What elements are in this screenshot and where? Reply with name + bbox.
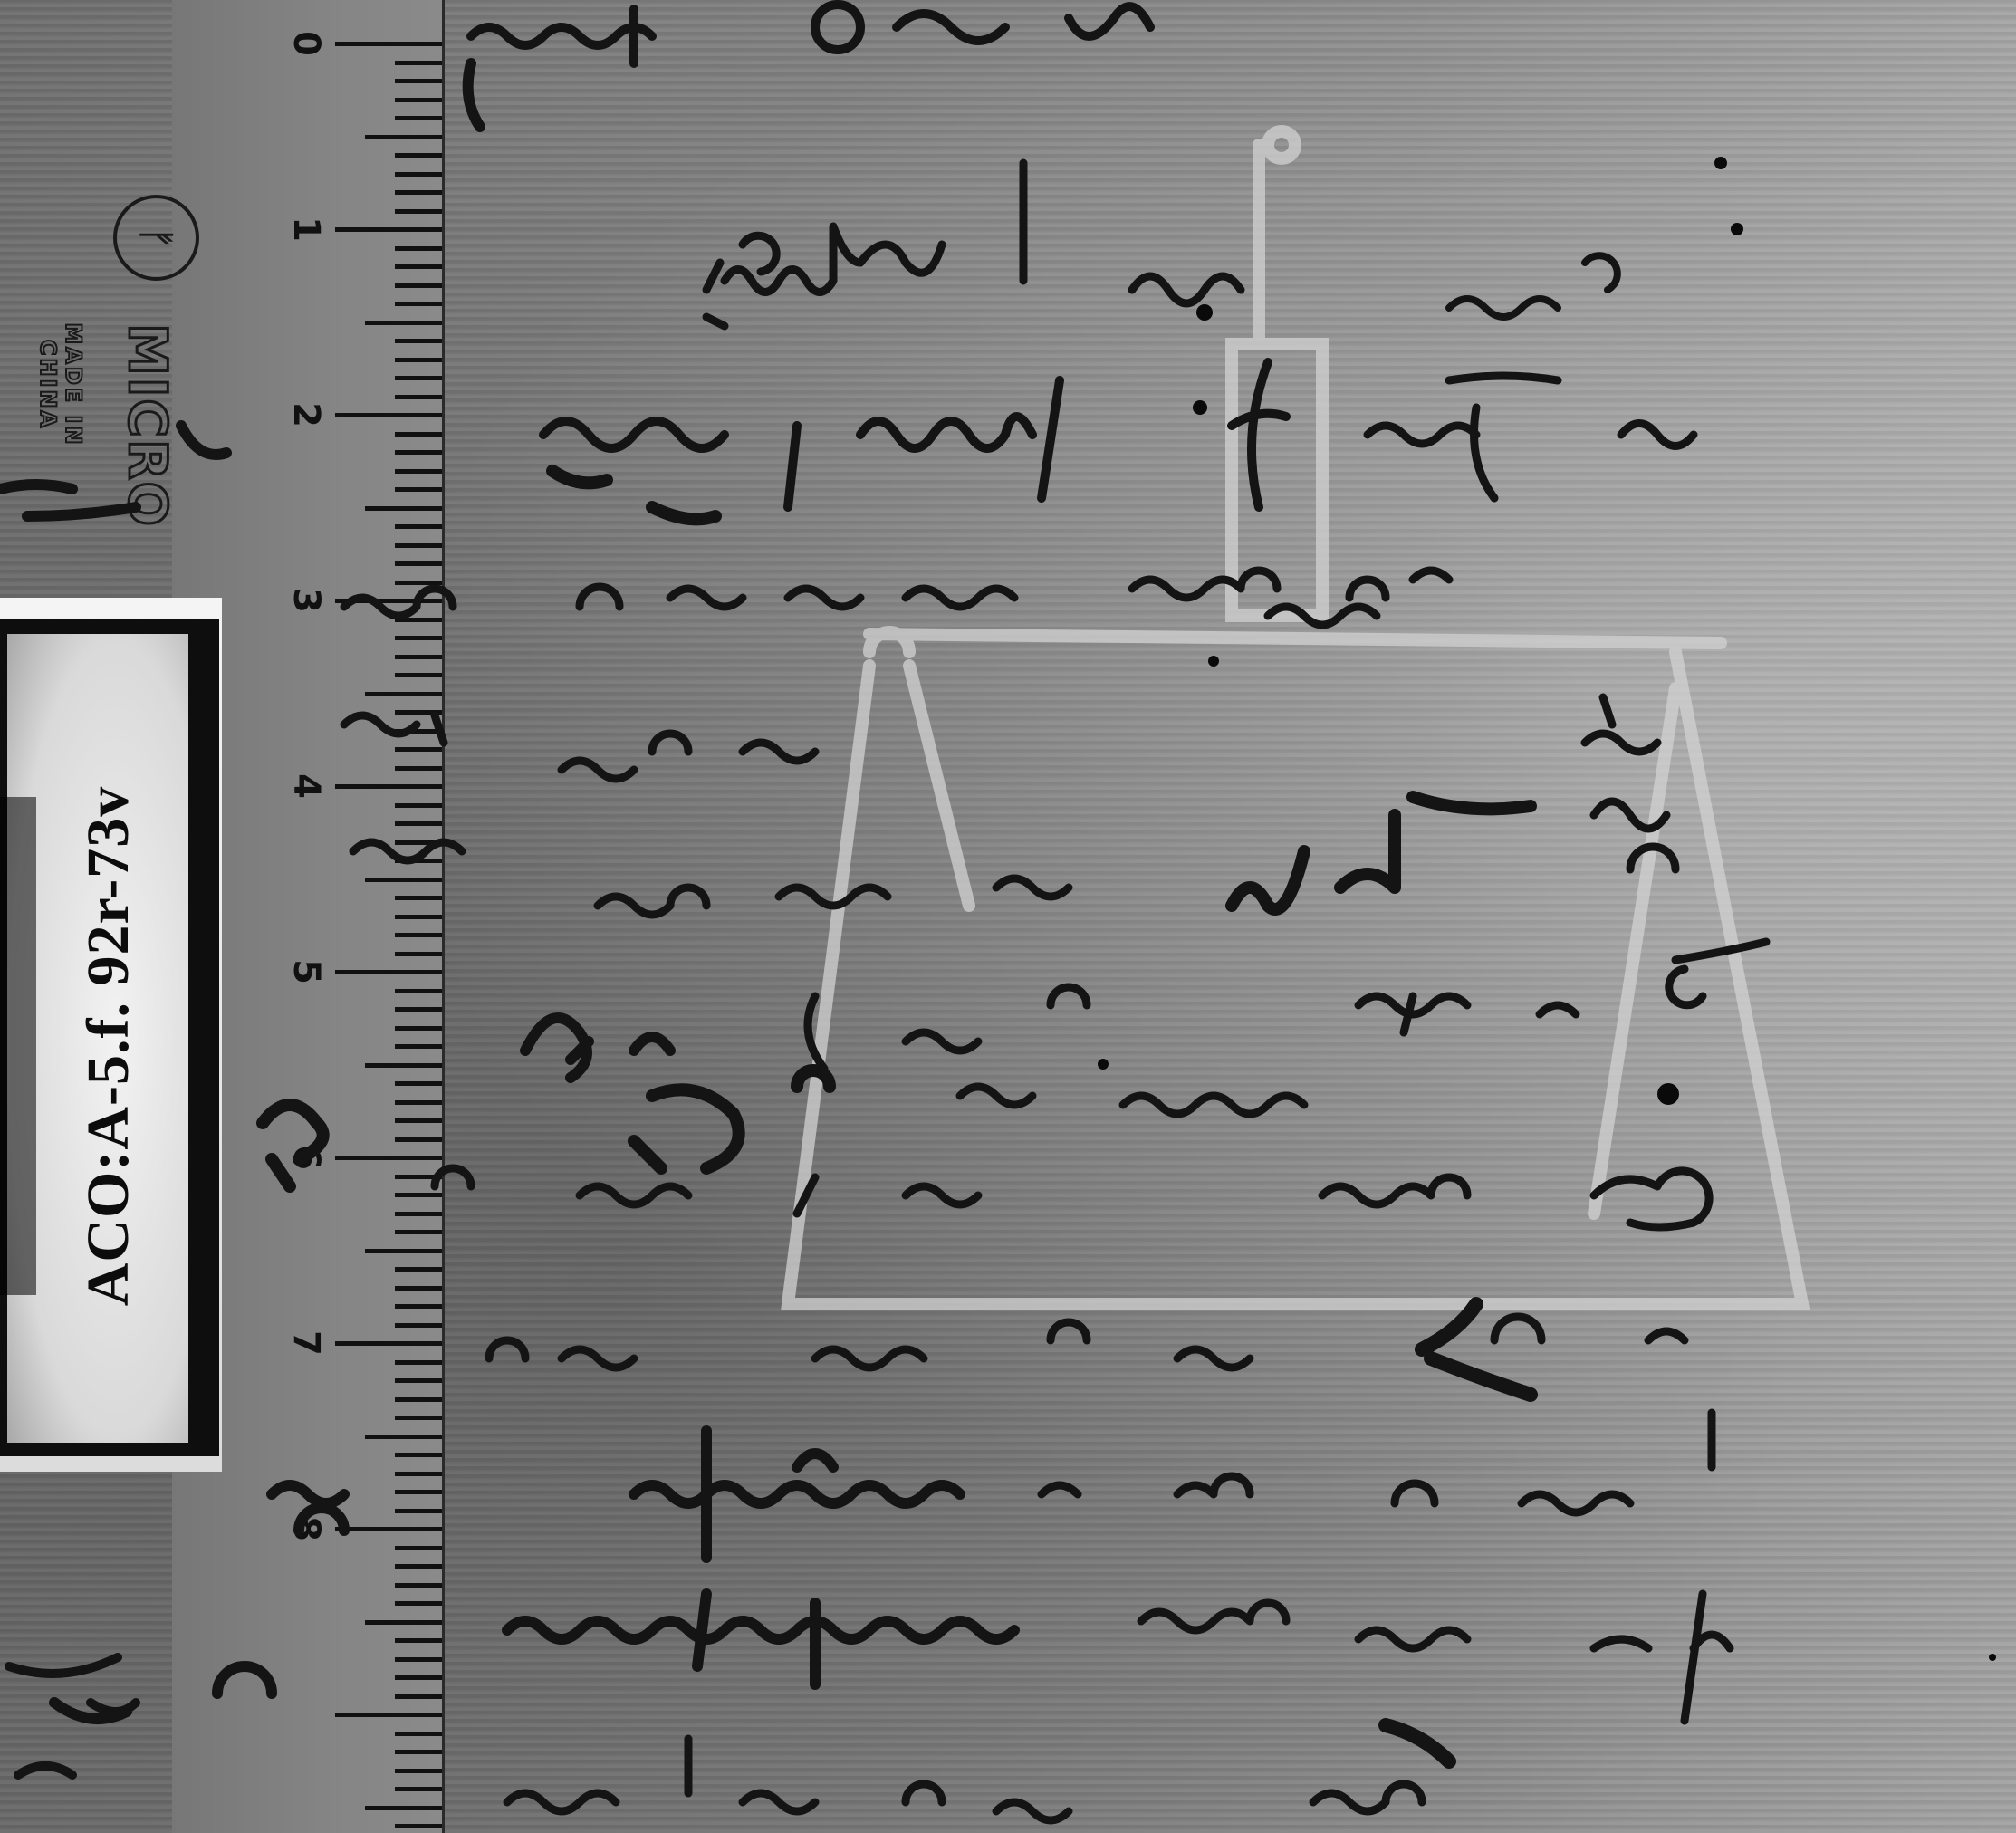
handwriting-layer [0,0,2016,1833]
